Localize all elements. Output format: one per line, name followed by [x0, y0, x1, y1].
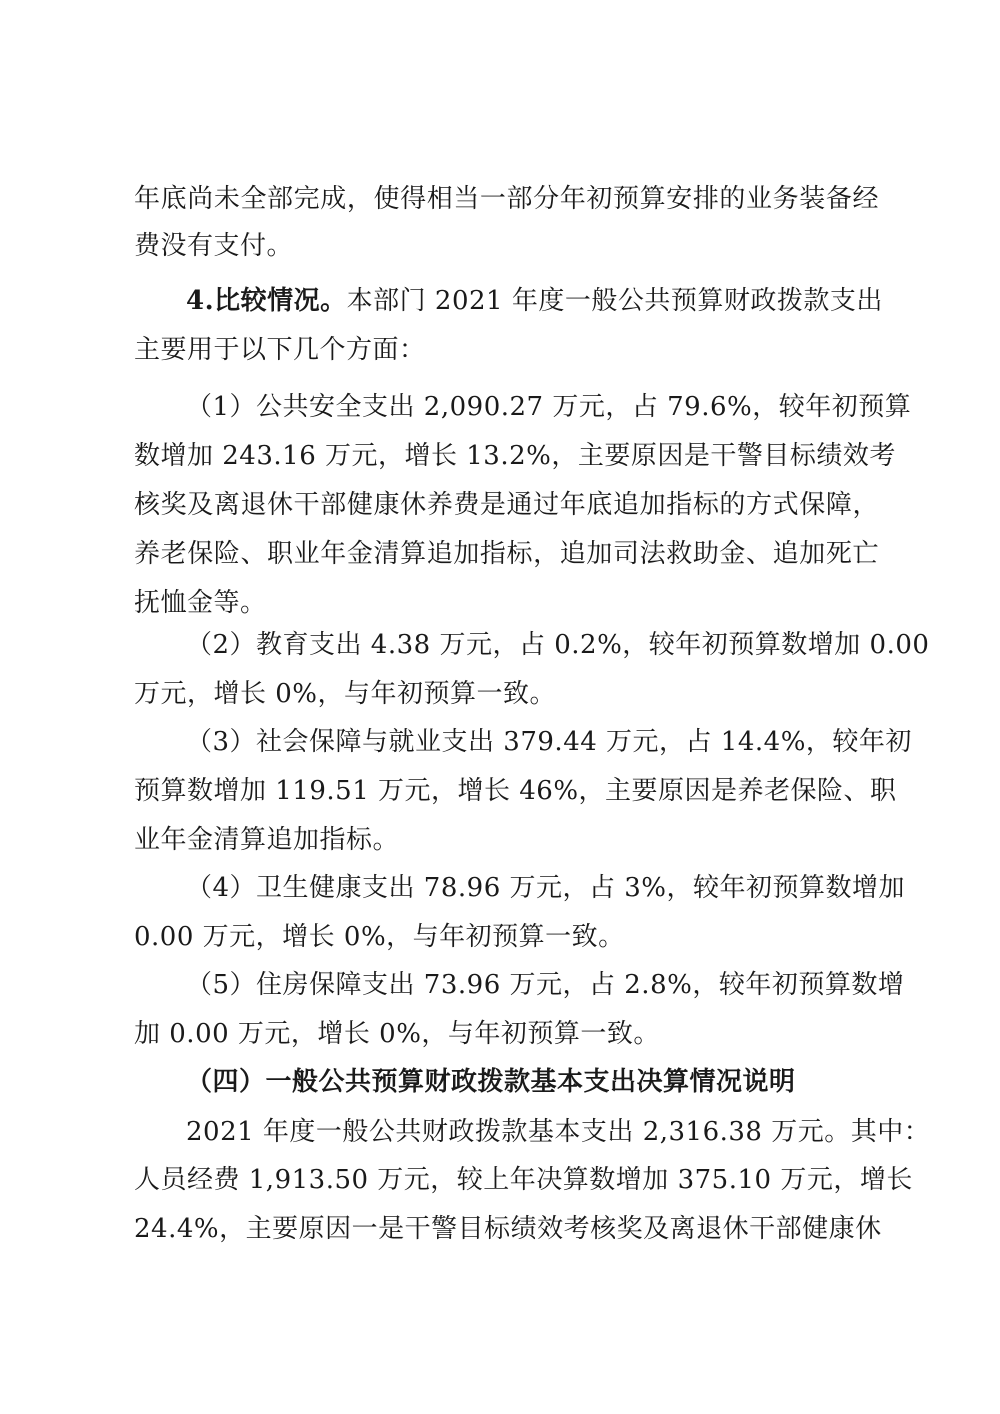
paragraph-line: 核奖及离退休干部健康休养费是通过年底追加指标的方式保障，	[134, 490, 879, 520]
item-1-line: （1）公共安全支出 2,090.27 万元，占 79.6%，较年初预算	[186, 392, 879, 422]
item-3-line: （3）社会保障与就业支出 379.44 万元，占 14.4%，较年初	[186, 727, 879, 757]
item-2-line: （2）教育支出 4.38 万元，占 0.2%，较年初预算数增加 0.00	[186, 630, 879, 660]
paragraph-line: 主要用于以下几个方面：	[134, 335, 426, 365]
comparison-heading-line: 4.比较情况。本部门 2021 年度一般公共预算财政拨款支出	[186, 286, 879, 316]
paragraph-line: 养老保险、职业年金清算追加指标，追加司法救助金、追加死亡	[134, 539, 879, 569]
paragraph-line: 加 0.00 万元，增长 0%，与年初预算一致。	[134, 1019, 660, 1049]
paragraph-line: 0.00 万元，增长 0%，与年初预算一致。	[134, 922, 625, 952]
paragraph-line: 费没有支付。	[134, 231, 293, 261]
section-heading: （四）一般公共预算财政拨款基本支出决算情况说明	[186, 1067, 796, 1097]
paragraph-line: 数增加 243.16 万元，增长 13.2%，主要原因是干警目标绩效考	[134, 441, 879, 471]
comparison-text: 本部门 2021 年度一般公共预算财政拨款支出	[347, 286, 883, 316]
paragraph-line: 业年金清算追加指标。	[134, 825, 399, 855]
paragraph-line: 24.4%，主要原因一是干警目标绩效考核奖及离退休干部健康休	[134, 1214, 879, 1244]
paragraph-line: 预算数增加 119.51 万元，增长 46%，主要原因是养老保险、职	[134, 776, 879, 806]
paragraph-line: 2021 年度一般公共财政拨款基本支出 2,316.38 万元。其中：	[186, 1117, 879, 1147]
paragraph-line: 年底尚未全部完成，使得相当一部分年初预算安排的业务装备经	[134, 184, 879, 214]
item-4-line: （4）卫生健康支出 78.96 万元，占 3%，较年初预算数增加	[186, 873, 879, 903]
item-5-line: （5）住房保障支出 73.96 万元，占 2.8%，较年初预算数增	[186, 970, 879, 1000]
paragraph-line: 万元，增长 0%，与年初预算一致。	[134, 679, 556, 709]
paragraph-line: 人员经费 1,913.50 万元，较上年决算数增加 375.10 万元，增长	[134, 1165, 879, 1195]
paragraph-line: 抚恤金等。	[134, 588, 267, 618]
comparison-lead: 4.比较情况。	[186, 286, 347, 316]
